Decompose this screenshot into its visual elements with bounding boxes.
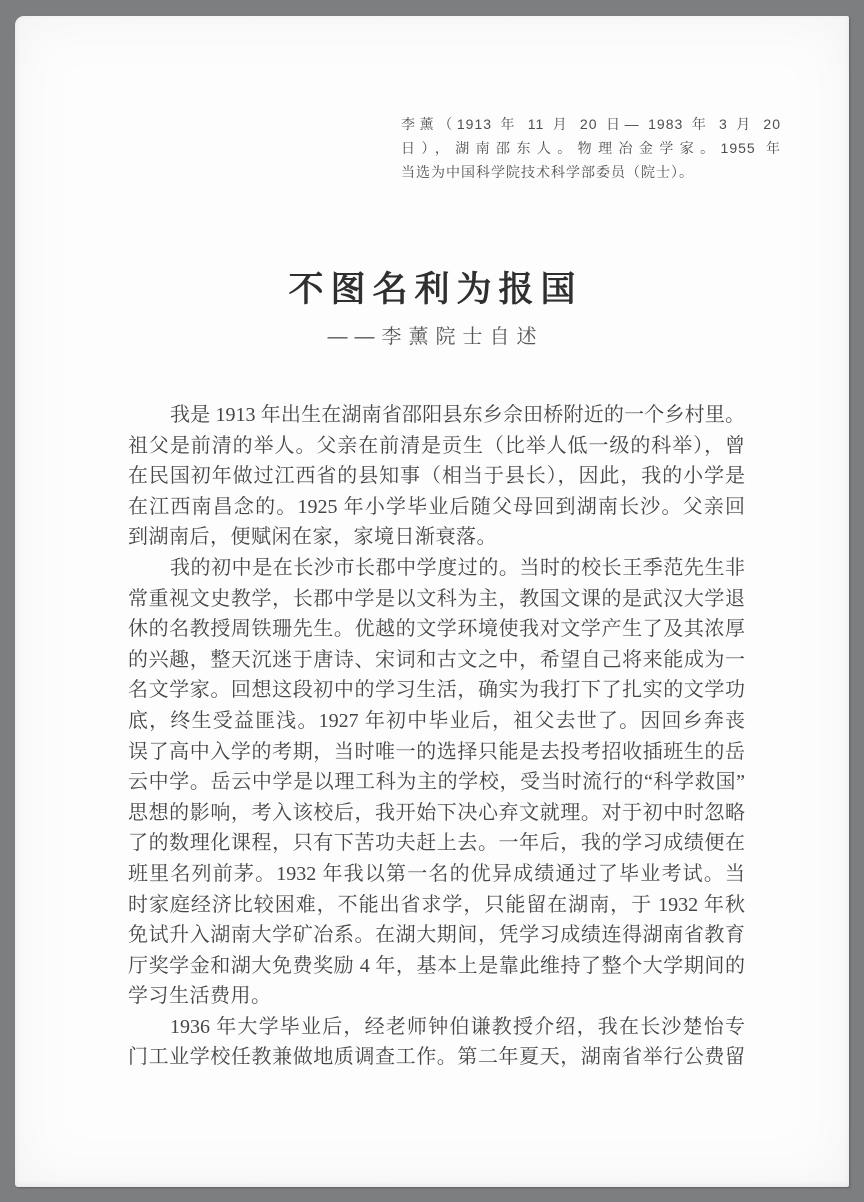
- caption-line: 日），湖南邵东人。物理冶金学家。1955 年: [401, 136, 781, 160]
- body-text-line: 免试升入湖南大学矿冶系。在湖大期间，凭学习成绩连得湖南省教育: [128, 920, 745, 951]
- article-body: 我是 1913 年出生在湖南省邵阳县东乡佘田桥附近的一个乡村里。祖父是前清的举人…: [128, 400, 745, 1073]
- body-text-line: 休的名教授周铁珊先生。优越的文学环境使我对文学产生了及其浓厚: [128, 614, 745, 645]
- body-text-line: 名文学家。回想这段初中的学习生活，确实为我打下了扎实的文学功: [128, 675, 745, 706]
- body-text-line: 时家庭经济比较困难，不能出省求学，只能留在湖南，于 1932 年秋: [128, 890, 745, 921]
- body-text-line: 门工业学校任教兼做地质调查工作。第二年夏天，湖南省举行公费留: [128, 1042, 745, 1073]
- caption-line: 当选为中国科学院技术科学部委员（院士）。: [401, 160, 781, 184]
- body-text-line: 了的数理化课程，只有下苦功夫赶上去。一年后，我的学习成绩便在: [128, 828, 745, 859]
- body-text-line: 在江西南昌念的。1925 年小学毕业后随父母回到湖南长沙。父亲回: [128, 492, 745, 523]
- body-text-line: 学习生活费用。: [128, 981, 745, 1012]
- body-text-line: 在民国初年做过江西省的县知事（相当于县长），因此，我的小学是: [128, 461, 745, 492]
- body-text-line: 我是 1913 年出生在湖南省邵阳县东乡佘田桥附近的一个乡村里。: [128, 400, 745, 431]
- body-text-line: 思想的影响，考入该校后，我开始下决心弃文就理。对于初中时忽略: [128, 798, 745, 829]
- scanner-backdrop: 李薰（1913 年 11 月 20 日— 1983 年 3 月 20日），湖南邵…: [0, 0, 864, 1202]
- body-text-line: 我的初中是在长沙市长郡中学度过的。当时的校长王季范先生非: [128, 553, 745, 584]
- article-title: 不图名利为报国: [127, 262, 744, 312]
- document-page: 李薰（1913 年 11 月 20 日— 1983 年 3 月 20日），湖南邵…: [15, 16, 849, 1187]
- body-text-line: 常重视文史教学，长郡中学是以文科为主，教国文课的是武汉大学退: [128, 584, 745, 615]
- article-subtitle: ——李薰院士自述: [127, 320, 744, 349]
- biography-caption: 李薰（1913 年 11 月 20 日— 1983 年 3 月 20日），湖南邵…: [401, 112, 781, 184]
- body-text-line: 到湖南后，便赋闲在家，家境日渐衰落。: [128, 522, 745, 553]
- body-text-line: 误了高中入学的考期，当时唯一的选择只能是去投考招收插班生的岳: [128, 737, 745, 768]
- body-text-line: 云中学。岳云中学是以理工科为主的学校，受当时流行的“科学救国”: [128, 767, 745, 798]
- body-text-line: 祖父是前清的举人。父亲在前清是贡生（比举人低一级的科举），曾: [128, 431, 745, 462]
- body-text-line: 底，终生受益匪浅。1927 年初中毕业后，祖父去世了。因回乡奔丧: [128, 706, 745, 737]
- body-text-line: 1936 年大学毕业后，经老师钟伯谦教授介绍，我在长沙楚怡专: [128, 1012, 745, 1043]
- body-text-line: 厅奖学金和湖大免费奖励 4 年，基本上是靠此维持了整个大学期间的: [128, 951, 745, 982]
- caption-line: 李薰（1913 年 11 月 20 日— 1983 年 3 月 20: [401, 112, 781, 136]
- title-block: 不图名利为报国 ——李薰院士自述: [127, 262, 744, 349]
- body-text-line: 的兴趣，整天沉迷于唐诗、宋词和古文之中，希望自己将来能成为一: [128, 645, 745, 676]
- body-text-line: 班里名列前茅。1932 年我以第一名的优异成绩通过了毕业考试。当: [128, 859, 745, 890]
